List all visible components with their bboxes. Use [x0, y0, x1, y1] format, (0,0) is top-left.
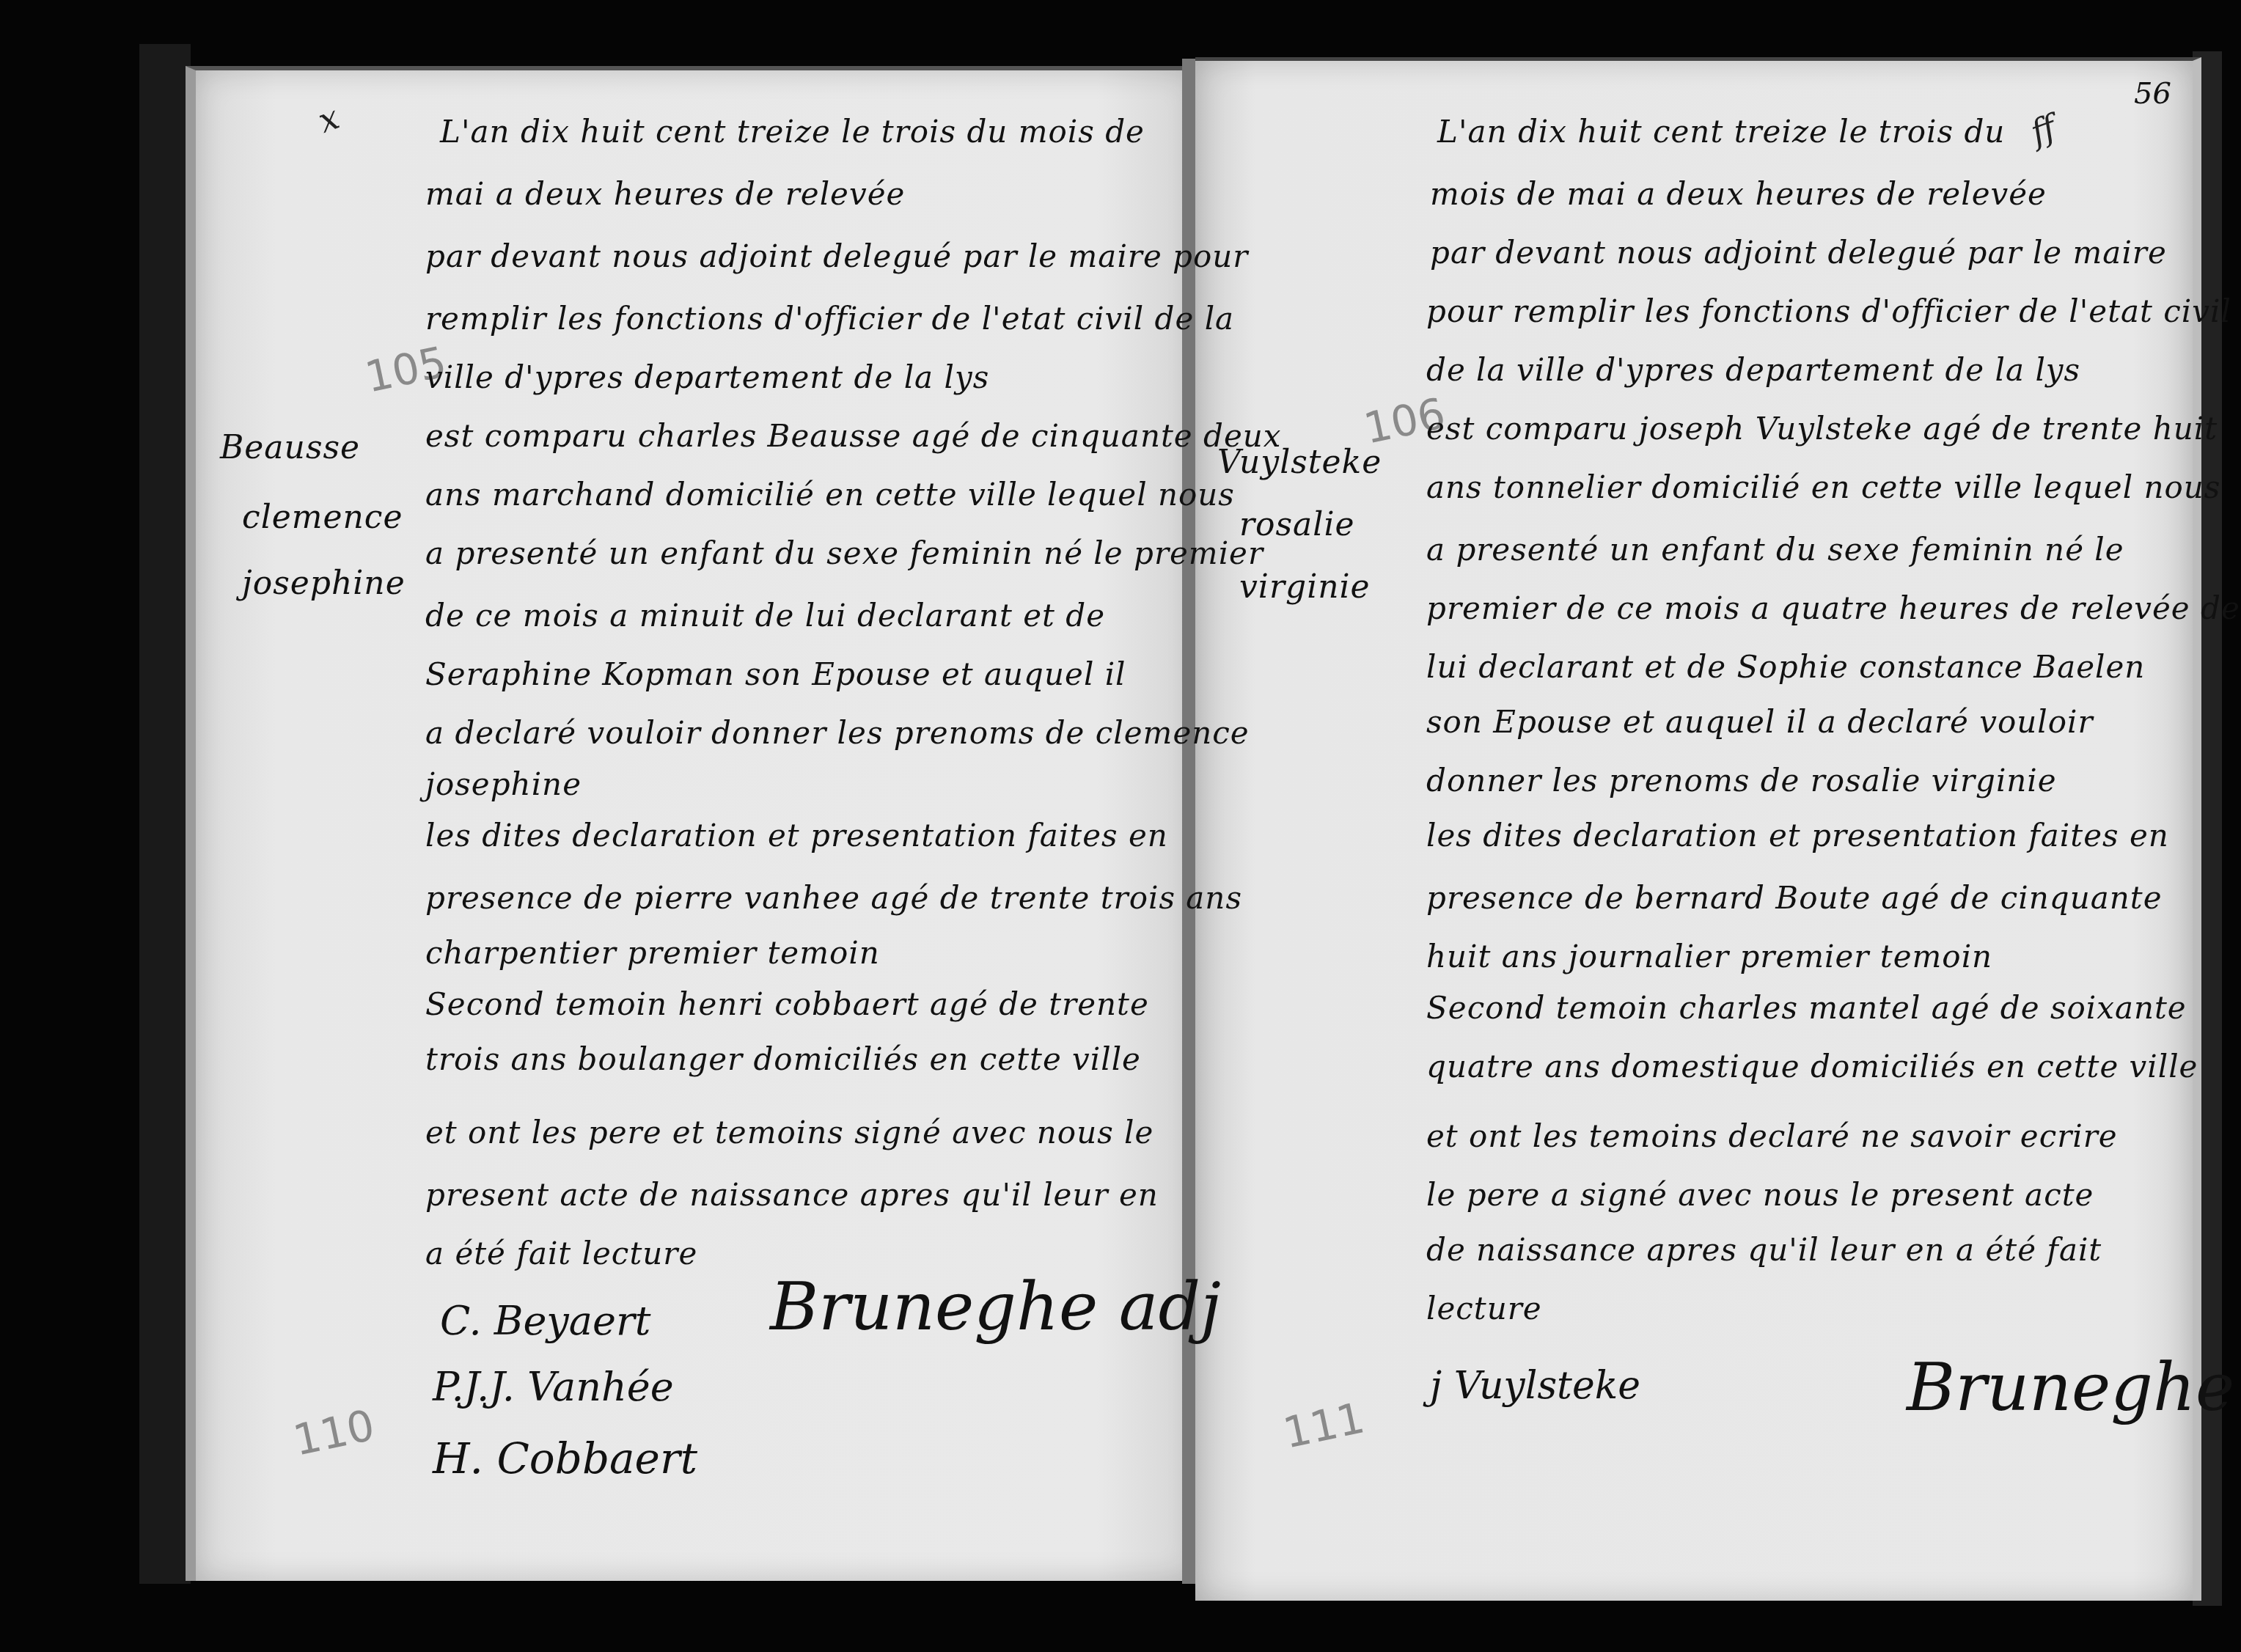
left-line: ans marchand domicilié en cette ville le… — [425, 477, 1235, 513]
right-line: Second temoin charles mantel agé de soix… — [1426, 990, 2187, 1026]
left-line: josephine — [425, 766, 582, 802]
right-line: son Epouse et auquel il a declaré vouloi… — [1426, 704, 2094, 740]
signature-cobbaert: H. Cobbaert — [433, 1433, 697, 1483]
page-number: 56 — [2134, 77, 2171, 111]
right-line: quatre ans domestique domiciliés en cett… — [1426, 1049, 2198, 1084]
left-line: remplir les fonctions d'officier de l'et… — [425, 301, 1234, 337]
book-left-edge — [139, 44, 191, 1584]
left-line: L'an dix huit cent treize le trois du mo… — [440, 114, 1145, 150]
right-line: ans tonnelier domicilié en cette ville l… — [1426, 469, 2220, 505]
right-line: est comparu joseph Vuylsteke agé de tren… — [1426, 411, 2218, 447]
right-line: donner les prenoms de rosalie virginie — [1426, 763, 2057, 799]
left-line: a presenté un enfant du sexe feminin né … — [425, 535, 1263, 571]
signature-vanhee: P.J.J. Vanhée — [433, 1364, 674, 1410]
right-margin-surname: Vuylsteke — [1217, 444, 1382, 481]
right-margin-firstname-2: virginie — [1239, 568, 1371, 606]
right-line: a presenté un enfant du sexe feminin né … — [1426, 532, 2124, 568]
left-line: les dites declaration et presentation fa… — [425, 818, 1168, 853]
right-line: mois de mai a deux heures de relevée — [1430, 176, 2047, 212]
signature-vuylsteke: j Vuylsteke — [1430, 1364, 1640, 1408]
left-line: a declaré vouloir donner les prenoms de … — [425, 715, 1250, 751]
right-line: lui declarant et de Sophie constance Bae… — [1426, 649, 2145, 685]
right-line: presence de bernard Boute agé de cinquan… — [1426, 880, 2163, 916]
right-line: premier de ce mois a quatre heures de re… — [1426, 590, 2240, 626]
left-margin-surname: Beausse — [220, 429, 360, 466]
signature-beyaert: C. Beyaert — [440, 1298, 651, 1344]
left-line: est comparu charles Beausse agé de cinqu… — [425, 418, 1282, 454]
left-line: Second temoin henri cobbaert agé de tren… — [425, 986, 1149, 1022]
signature-adjoint-left: Bruneghe adj — [770, 1269, 1221, 1346]
left-line: Seraphine Kopman son Epouse et auquel il — [425, 656, 1126, 692]
right-line: de la ville d'ypres departement de la ly… — [1426, 352, 2080, 388]
right-line: lecture — [1426, 1291, 1542, 1326]
left-line: et ont les pere et temoins signé avec no… — [425, 1115, 1153, 1150]
right-line: L'an dix huit cent treize le trois du — [1437, 114, 2005, 150]
left-line: a été fait lecture — [425, 1236, 697, 1271]
left-line: trois ans boulanger domiciliés en cette … — [425, 1041, 1141, 1077]
left-line: de ce mois a minuit de lui declarant et … — [425, 598, 1105, 634]
signature-adjoint-right: Bruneghe adj — [1907, 1349, 2241, 1426]
left-line: par devant nous adjoint delegué par le m… — [425, 238, 1248, 274]
right-margin-firstname-1: rosalie — [1239, 506, 1355, 543]
left-line: present acte de naissance apres qu'il le… — [425, 1177, 1159, 1213]
right-line: et ont les temoins declaré ne savoir ecr… — [1426, 1118, 2118, 1154]
right-line: le pere a signé avec nous le present act… — [1426, 1177, 2094, 1213]
left-line: mai a deux heures de relevée — [425, 176, 905, 212]
left-margin-firstname-2: josephine — [242, 565, 406, 602]
right-line: de naissance apres qu'il leur en a été f… — [1426, 1232, 2102, 1268]
right-line: les dites declaration et presentation fa… — [1426, 818, 2169, 853]
left-line: charpentier premier temoin — [425, 935, 880, 971]
right-line: pour remplir les fonctions d'officier de… — [1426, 293, 2231, 329]
left-line: presence de pierre vanhee agé de trente … — [425, 880, 1242, 916]
left-line: ville d'ypres departement de la lys — [425, 359, 989, 395]
right-line: huit ans journalier premier temoin — [1426, 939, 1992, 974]
left-margin-firstname-1: clemence — [242, 499, 403, 536]
right-line: par devant nous adjoint delegué par le m… — [1430, 235, 2167, 271]
